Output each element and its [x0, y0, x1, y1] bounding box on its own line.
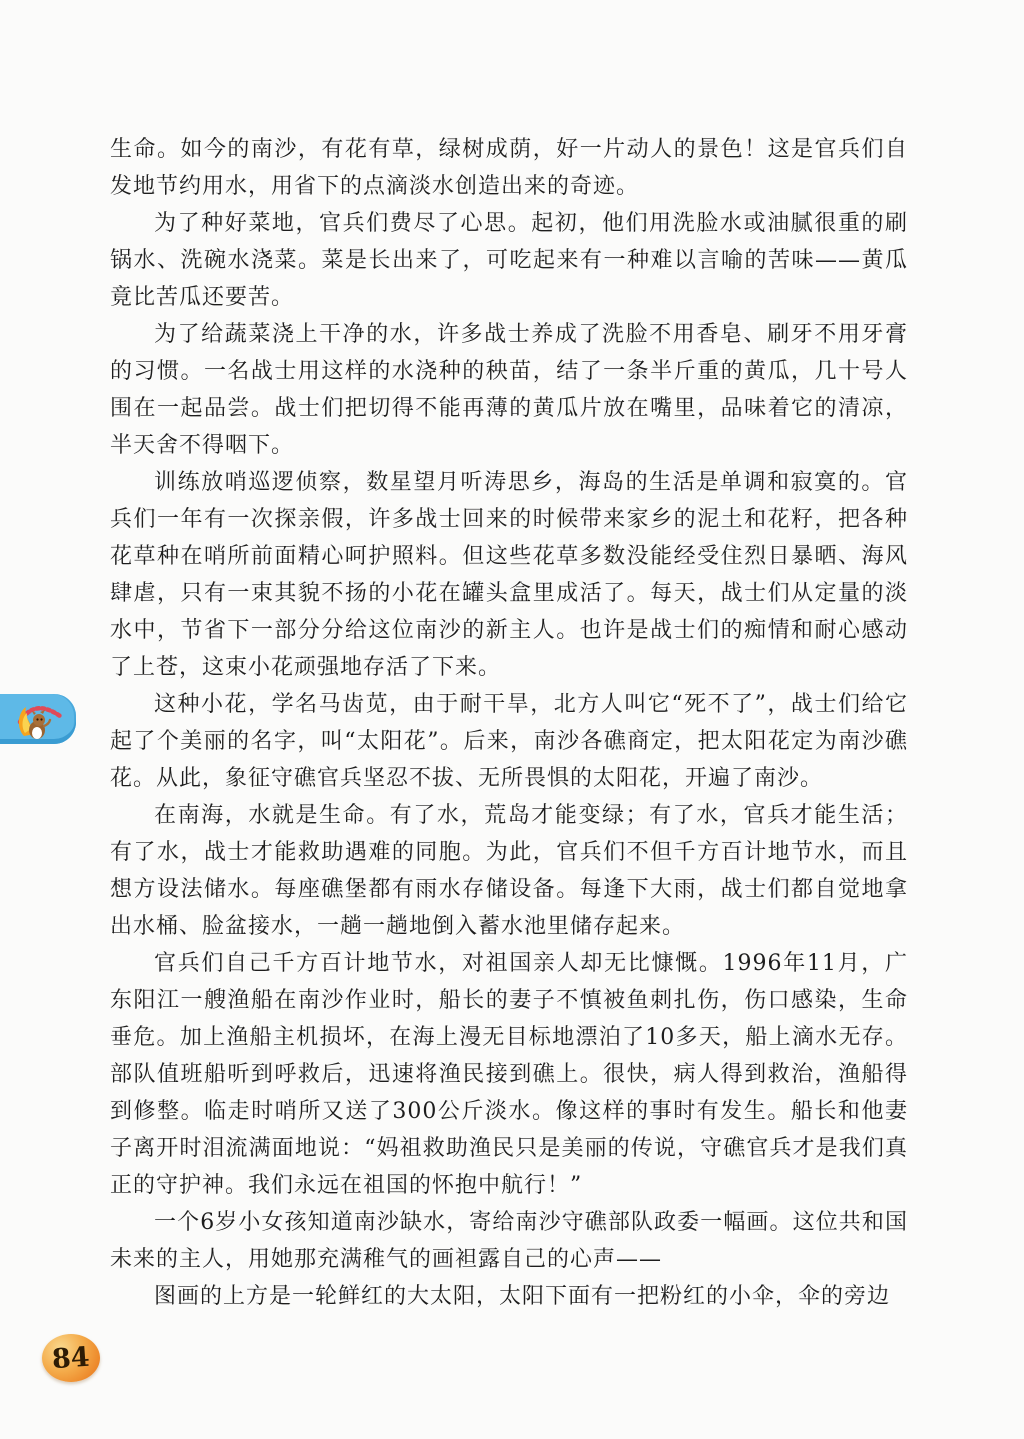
textbook-page: { "page": { "page_number": "84", "backgr…: [0, 0, 1024, 1439]
paragraph: 为了给蔬菜浇上干净的水，许多战士养成了洗脸不用香皂、刷牙不用牙膏的习惯。一名战士…: [110, 316, 908, 464]
paragraph: 在南海，水就是生命。有了水，荒岛才能变绿；有了水，官兵才能生活；有了水，战士才能…: [110, 797, 908, 945]
paragraph: 训练放哨巡逻侦察，数星望月听涛思乡，海岛的生活是单调和寂寞的。官兵们一年有一次探…: [110, 464, 908, 686]
article-body: 生命。如今的南沙，有花有草，绿树成荫，好一片动人的景色！这是官兵们自发地节约用水…: [110, 131, 908, 1315]
page-number-badge: 84: [42, 1334, 100, 1382]
paragraph: 生命。如今的南沙，有花有草，绿树成荫，好一片动人的景色！这是官兵们自发地节约用水…: [110, 131, 908, 205]
paragraph: 图画的上方是一轮鲜红的大太阳，太阳下面有一把粉红的小伞，伞的旁边: [110, 1278, 908, 1315]
paragraph: 为了种好菜地，官兵们费尽了心思。起初，他们用洗脸水或油腻很重的刷锅水、洗碗水浇菜…: [110, 205, 908, 316]
page-number: 84: [51, 1341, 91, 1375]
paragraph: 这种小花，学名马齿苋，由于耐干旱，北方人叫它“死不了”，战士们给它起了个美丽的名…: [110, 686, 908, 797]
squirrel-mascot-icon: [10, 696, 66, 742]
paragraph: 官兵们自己千方百计地节水，对祖国亲人却无比慷慨。1996年11月，广东阳江一艘渔…: [110, 945, 908, 1204]
paragraph: 一个6岁小女孩知道南沙缺水，寄给南沙守礁部队政委一幅画。这位共和国未来的主人，用…: [110, 1204, 908, 1278]
side-tab-bookmark: [0, 694, 76, 744]
